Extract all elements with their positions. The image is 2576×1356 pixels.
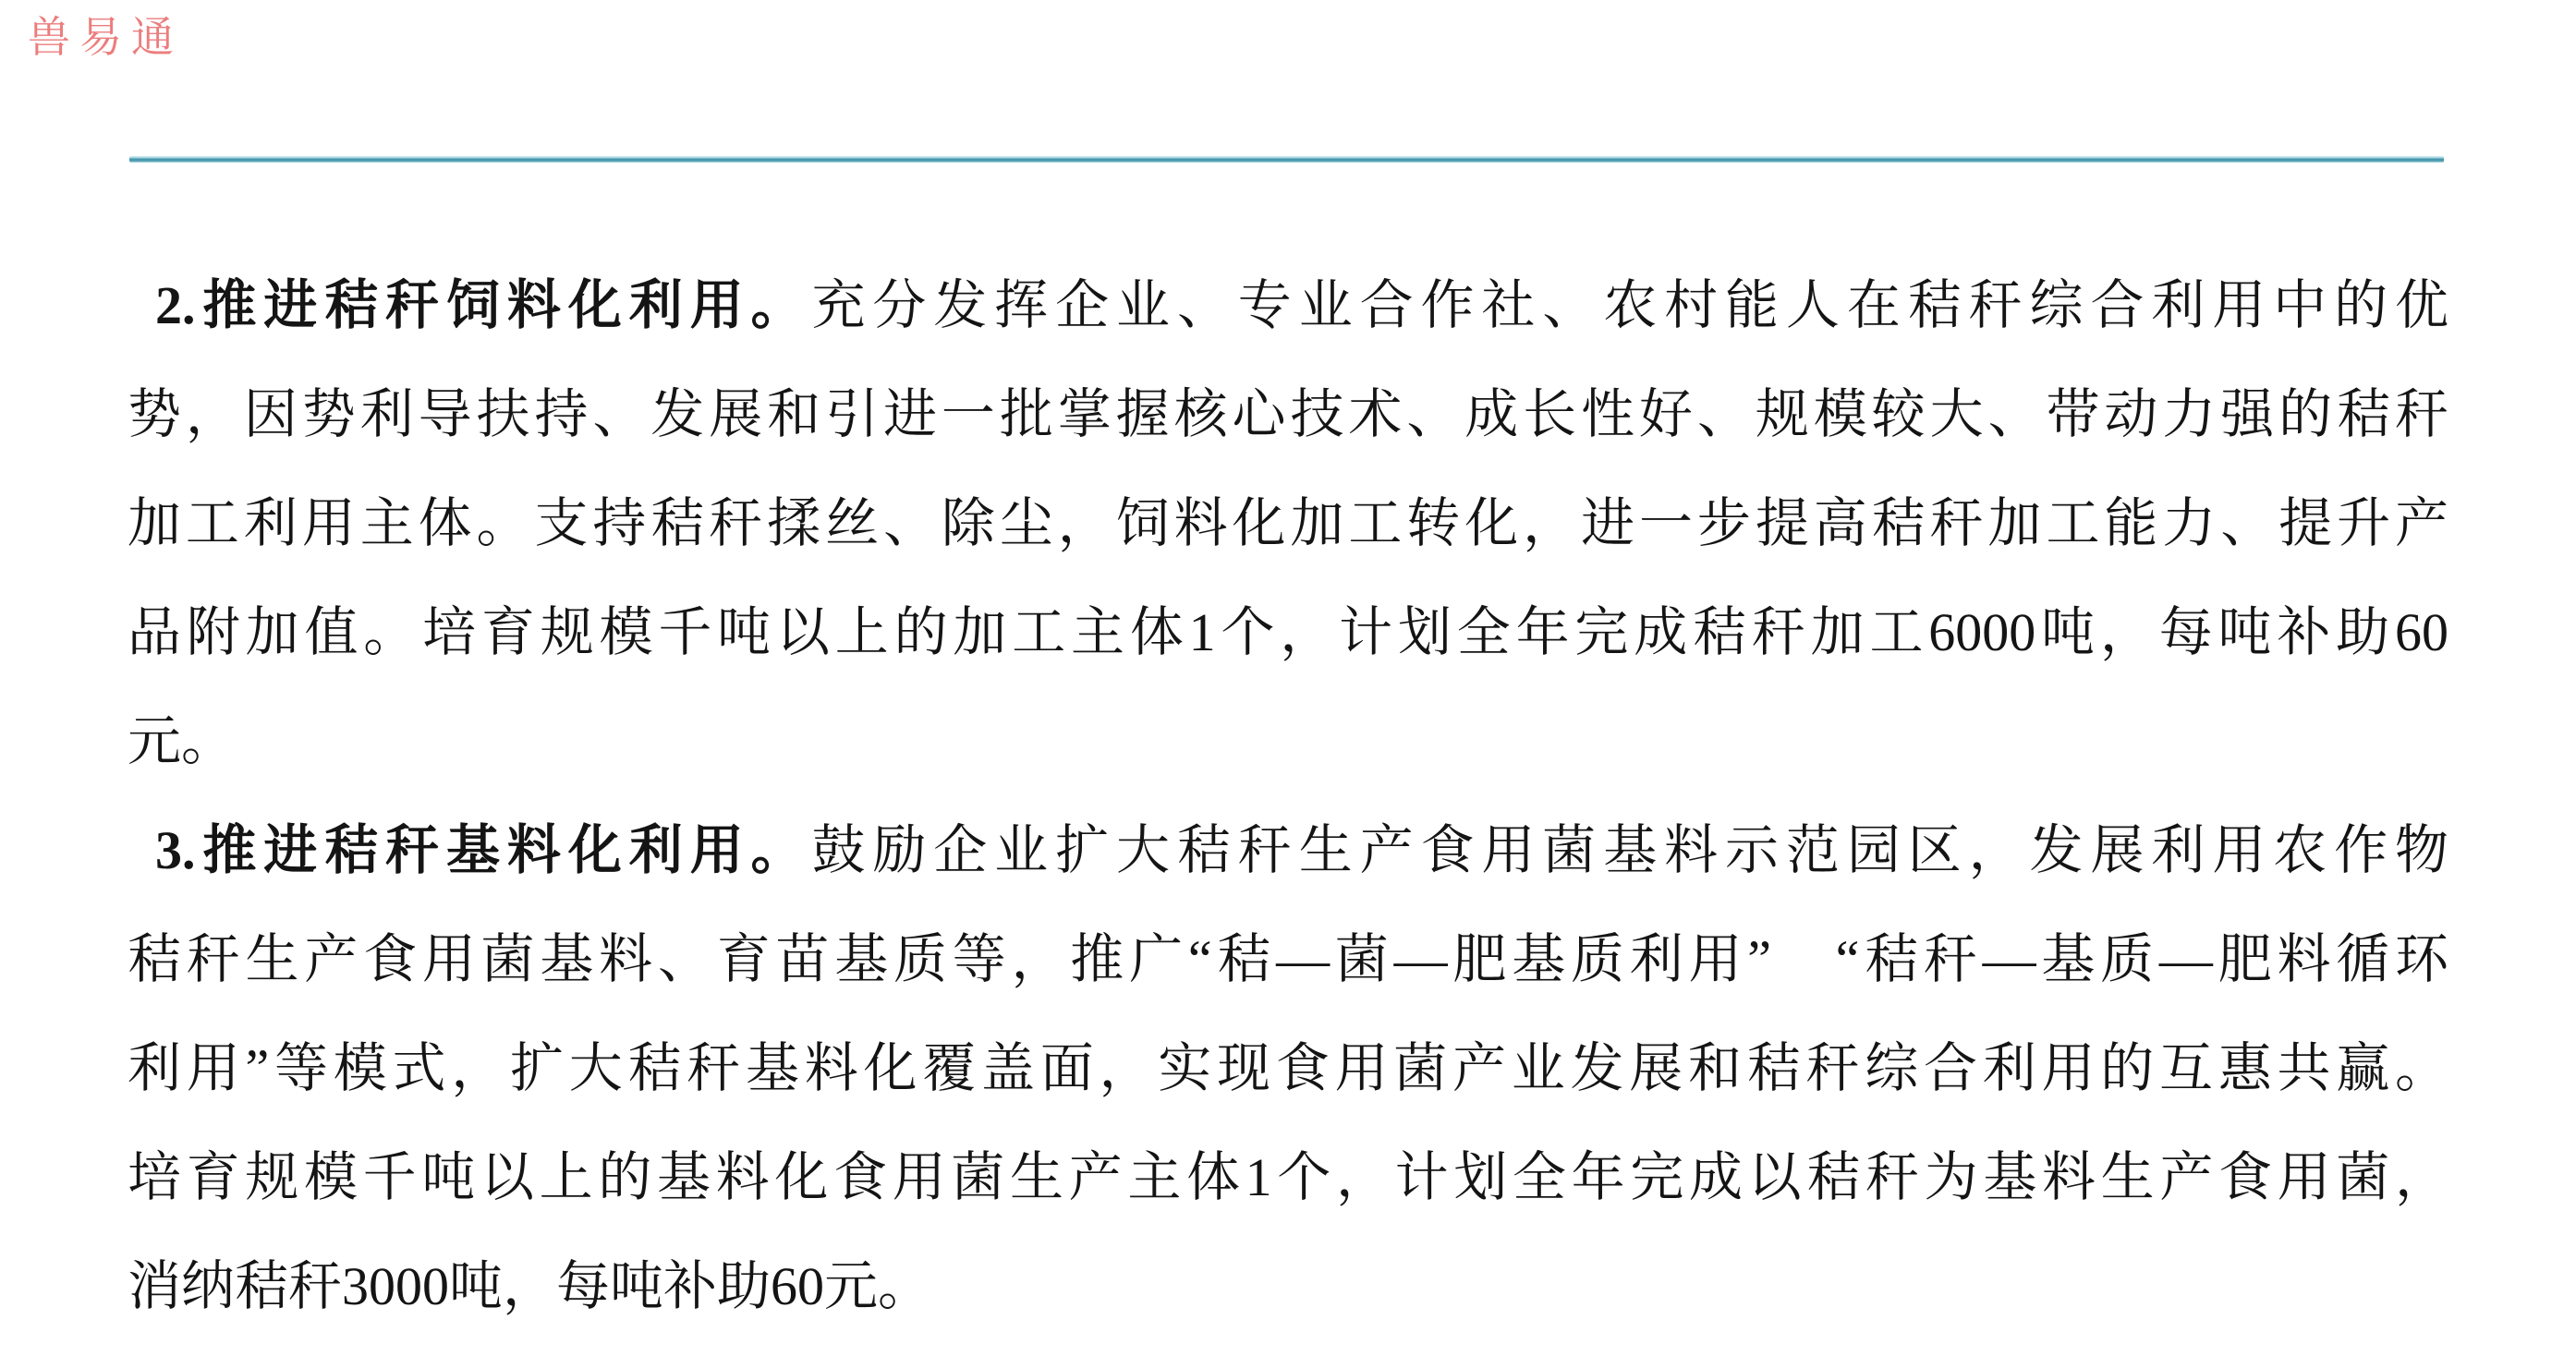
- paragraph-text: 势，因势利导扶持、发展和引进一批掌握核心技术、成长性好、规模较大、带动力强的秸秆: [128, 384, 2448, 444]
- header-divider-line: [129, 156, 2444, 163]
- paragraph-feed-utilization: 2.推进秸秆饲料化利用。充分发挥企业、专业合作社、农村能人在秸秆综合利用中的优 …: [128, 251, 2448, 796]
- paragraph-text: 消纳秸秆3000吨，每吨补助60元。: [128, 1256, 931, 1316]
- paragraph-substrate-utilization: 3.推进秸秆基料化利用。鼓励企业扩大秸秆生产食用菌基料示范园区，发展利用农作物 …: [128, 796, 2448, 1341]
- paragraph-text: 秸秆生产食用菌基料、育苗基质等，推广“秸—菌—肥基质利用” “秸秆—基质—肥料循…: [128, 929, 2448, 989]
- document-page: 兽易通 2.推进秸秆饲料化利用。充分发挥企业、专业合作社、农村能人在秸秆综合利用…: [0, 0, 2576, 1356]
- text-line: 品附加值。培育规模千吨以上的加工主体1个，计划全年完成秸秆加工6000吨，每吨补…: [128, 578, 2448, 687]
- text-line: 3.推进秸秆基料化利用。鼓励企业扩大秸秆生产食用菌基料示范园区，发展利用农作物: [128, 796, 2448, 905]
- text-line: 培育规模千吨以上的基料化食用菌生产主体1个，计划全年完成以秸秆为基料生产食用菌，: [128, 1123, 2448, 1232]
- shouyitong-logo-watermark: 兽易通: [28, 4, 183, 65]
- text-line: 秸秆生产食用菌基料、育苗基质等，推广“秸—菌—肥基质利用” “秸秆—基质—肥料循…: [128, 905, 2448, 1014]
- document-body: 2.推进秸秆饲料化利用。充分发挥企业、专业合作社、农村能人在秸秆综合利用中的优 …: [128, 251, 2448, 1341]
- paragraph-text: 鼓励企业扩大秸秆生产食用菌基料示范园区，发展利用农作物: [811, 820, 2448, 880]
- text-line: 势，因势利导扶持、发展和引进一批掌握核心技术、成长性好、规模较大、带动力强的秸秆: [128, 360, 2448, 469]
- paragraph-lead-2: 2.推进秸秆饲料化利用。: [155, 275, 811, 335]
- paragraph-text: 元。: [128, 711, 235, 771]
- text-line: 元。: [128, 687, 2448, 796]
- text-line: 消纳秸秆3000吨，每吨补助60元。: [128, 1232, 2448, 1341]
- text-line: 加工利用主体。支持秸秆揉丝、除尘，饲料化加工转化，进一步提高秸秆加工能力、提升产: [128, 469, 2448, 578]
- paragraph-text: 品附加值。培育规模千吨以上的加工主体1个，计划全年完成秸秆加工6000吨，每吨补…: [128, 602, 2448, 662]
- paragraph-lead-3: 3.推进秸秆基料化利用。: [155, 820, 811, 880]
- text-line: 利用”等模式，扩大秸秆基料化覆盖面，实现食用菌产业发展和秸秆综合利用的互惠共赢。: [128, 1014, 2448, 1123]
- paragraph-text: 加工利用主体。支持秸秆揉丝、除尘，饲料化加工转化，进一步提高秸秆加工能力、提升产: [128, 493, 2448, 553]
- paragraph-text: 培育规模千吨以上的基料化食用菌生产主体1个，计划全年完成以秸秆为基料生产食用菌，: [128, 1147, 2448, 1207]
- paragraph-text: 充分发挥企业、专业合作社、农村能人在秸秆综合利用中的优: [811, 275, 2448, 335]
- paragraph-text: 利用”等模式，扩大秸秆基料化覆盖面，实现食用菌产业发展和秸秆综合利用的互惠共赢。: [128, 1038, 2448, 1098]
- text-line: 2.推进秸秆饲料化利用。充分发挥企业、专业合作社、农村能人在秸秆综合利用中的优: [128, 251, 2448, 360]
